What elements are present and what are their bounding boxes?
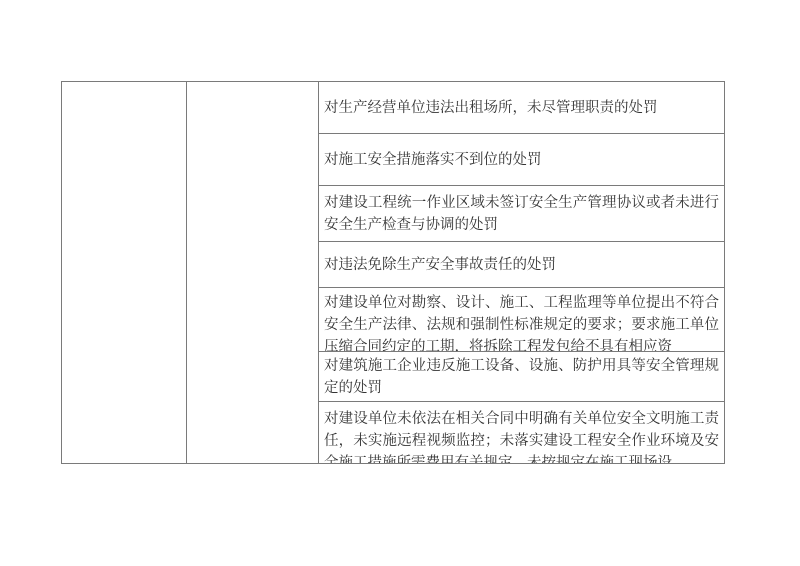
penalty-cell-1: 对生产经营单位违法出租场所，未尽管理职责的处罚	[319, 82, 724, 133]
penalty-text-3: 对建设工程统一作业区域未签订安全生产管理协议或者未进行安全生产检查与协调的处罚	[324, 192, 719, 236]
penalty-text-1: 对生产经营单位违法出租场所，未尽管理职责的处罚	[324, 97, 719, 119]
document-page: 对生产经营单位违法出租场所，未尽管理职责的处罚 对施工安全措施落实不到位的处罚 …	[0, 0, 800, 566]
table-column-empty-2	[187, 82, 319, 463]
penalty-cell-5: 对建设单位对勘察、设计、施工、工程监理等单位提出不符合安全生产法律、法规和强制性…	[319, 287, 724, 351]
penalty-table: 对生产经营单位违法出租场所，未尽管理职责的处罚 对施工安全措施落实不到位的处罚 …	[61, 81, 725, 464]
penalty-cell-7: 对建设单位未依法在相关合同中明确有关单位安全文明施工责任，未实施远程视频监控；未…	[319, 401, 724, 463]
penalty-cell-6: 对建筑施工企业违反施工设备、设施、防护用具等安全管理规定的处罚	[319, 351, 724, 401]
penalty-cell-3: 对建设工程统一作业区域未签订安全生产管理协议或者未进行安全生产检查与协调的处罚	[319, 185, 724, 241]
penalty-text-6: 对建筑施工企业违反施工设备、设施、防护用具等安全管理规定的处罚	[324, 355, 719, 399]
penalty-cell-2: 对施工安全措施落实不到位的处罚	[319, 133, 724, 185]
penalty-text-4: 对违法免除生产安全事故责任的处罚	[324, 254, 719, 276]
penalty-text-2: 对施工安全措施落实不到位的处罚	[324, 149, 719, 171]
table-column-empty-1	[62, 82, 187, 463]
penalty-cell-4: 对违法免除生产安全事故责任的处罚	[319, 241, 724, 287]
table-column-penalties: 对生产经营单位违法出租场所，未尽管理职责的处罚 对施工安全措施落实不到位的处罚 …	[319, 82, 724, 463]
